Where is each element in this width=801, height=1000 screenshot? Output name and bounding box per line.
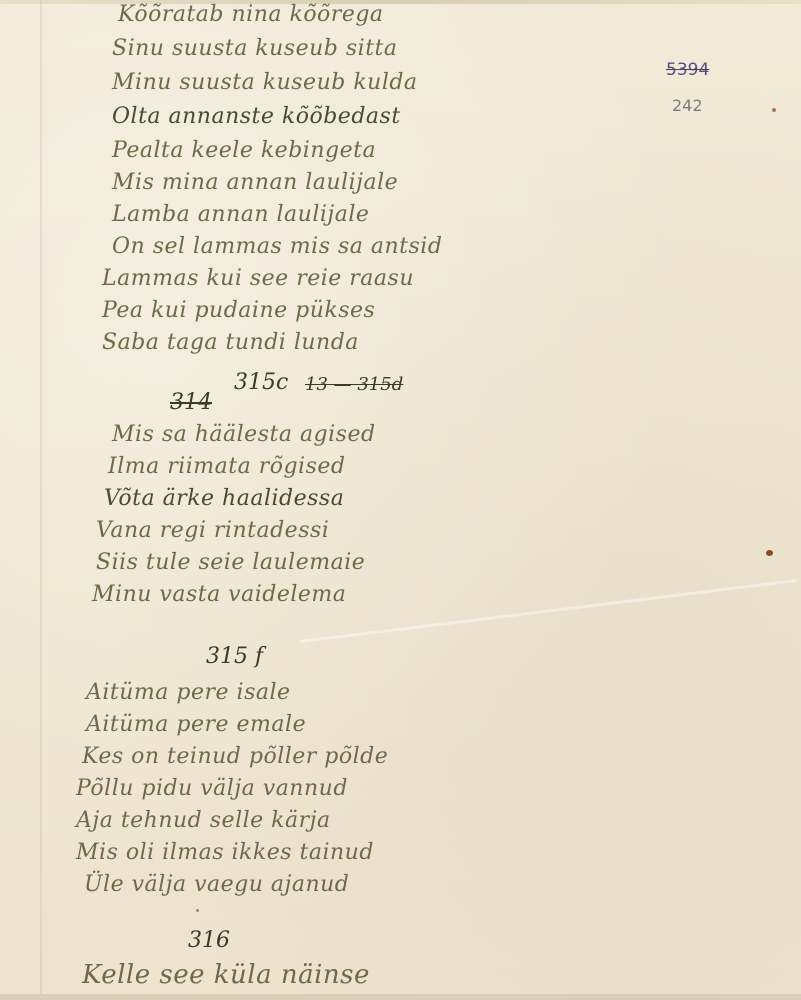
verse-line: Siis tule seie laulemaie bbox=[96, 550, 365, 575]
verse-line: Minu suusta kuseub kulda bbox=[112, 70, 418, 95]
verse-line: Pealta keele kebingeta bbox=[112, 138, 376, 163]
verse-line: Aitüma pere emale bbox=[86, 712, 306, 737]
verse-line: Sinu suusta kuseub sitta bbox=[112, 36, 398, 61]
verse-line: Mis sa häälesta agised bbox=[112, 422, 376, 447]
archive-number-struck: 5394 bbox=[666, 60, 709, 80]
paper-stain bbox=[766, 550, 773, 556]
verse-line: Saba taga tundi lunda bbox=[102, 330, 359, 355]
verse-line: Vana regi rintadessi bbox=[96, 518, 329, 543]
paper-stain bbox=[772, 108, 776, 112]
archive-page-number: 242 bbox=[672, 96, 703, 115]
verse-line: Kõõratab nina kõõrega bbox=[118, 2, 384, 27]
verse-line: Võta ärke haalidessa bbox=[104, 486, 344, 511]
verse-line: Kelle see küla näinse bbox=[82, 960, 370, 990]
verse-line: Põllu pidu välja vannud bbox=[76, 776, 348, 801]
section-number: 315 f bbox=[206, 644, 263, 669]
section-number-struck: 314 bbox=[170, 390, 212, 415]
manuscript-page: 5394 242 Kõõratab nina kõõrega Sinu suus… bbox=[0, 0, 801, 1000]
verse-line: Aja tehnud selle kärja bbox=[76, 808, 331, 833]
section-number: 316 bbox=[188, 928, 230, 953]
verse-line: Ilma riimata rõgised bbox=[108, 454, 346, 479]
verse-line: On sel lammas mis sa antsid bbox=[112, 234, 442, 259]
verse-line: Lammas kui see reie raasu bbox=[102, 266, 414, 291]
page-fold-line bbox=[40, 0, 42, 1000]
paper-crease bbox=[300, 579, 797, 643]
paper-stain bbox=[196, 909, 199, 912]
section-number: 315c bbox=[234, 370, 288, 395]
verse-line: Pea kui pudaine pükses bbox=[102, 298, 375, 323]
verse-line: Mis oli ilmas ikkes tainud bbox=[76, 840, 374, 865]
verse-line: Lamba annan laulijale bbox=[112, 202, 369, 227]
verse-line: Mis mina annan laulijale bbox=[112, 170, 398, 195]
verse-line: Olta annanste kõõbedast bbox=[112, 104, 401, 129]
verse-line: Kes on teinud põller põlde bbox=[82, 744, 388, 769]
section-number-struck-extra: 13 — 315d bbox=[305, 374, 403, 395]
verse-line: Aitüma pere isale bbox=[86, 680, 291, 705]
verse-line: Üle välja vaegu ajanud bbox=[84, 872, 349, 897]
verse-line: Minu vasta vaidelema bbox=[92, 582, 346, 607]
page-bottom-edge bbox=[0, 994, 801, 1000]
